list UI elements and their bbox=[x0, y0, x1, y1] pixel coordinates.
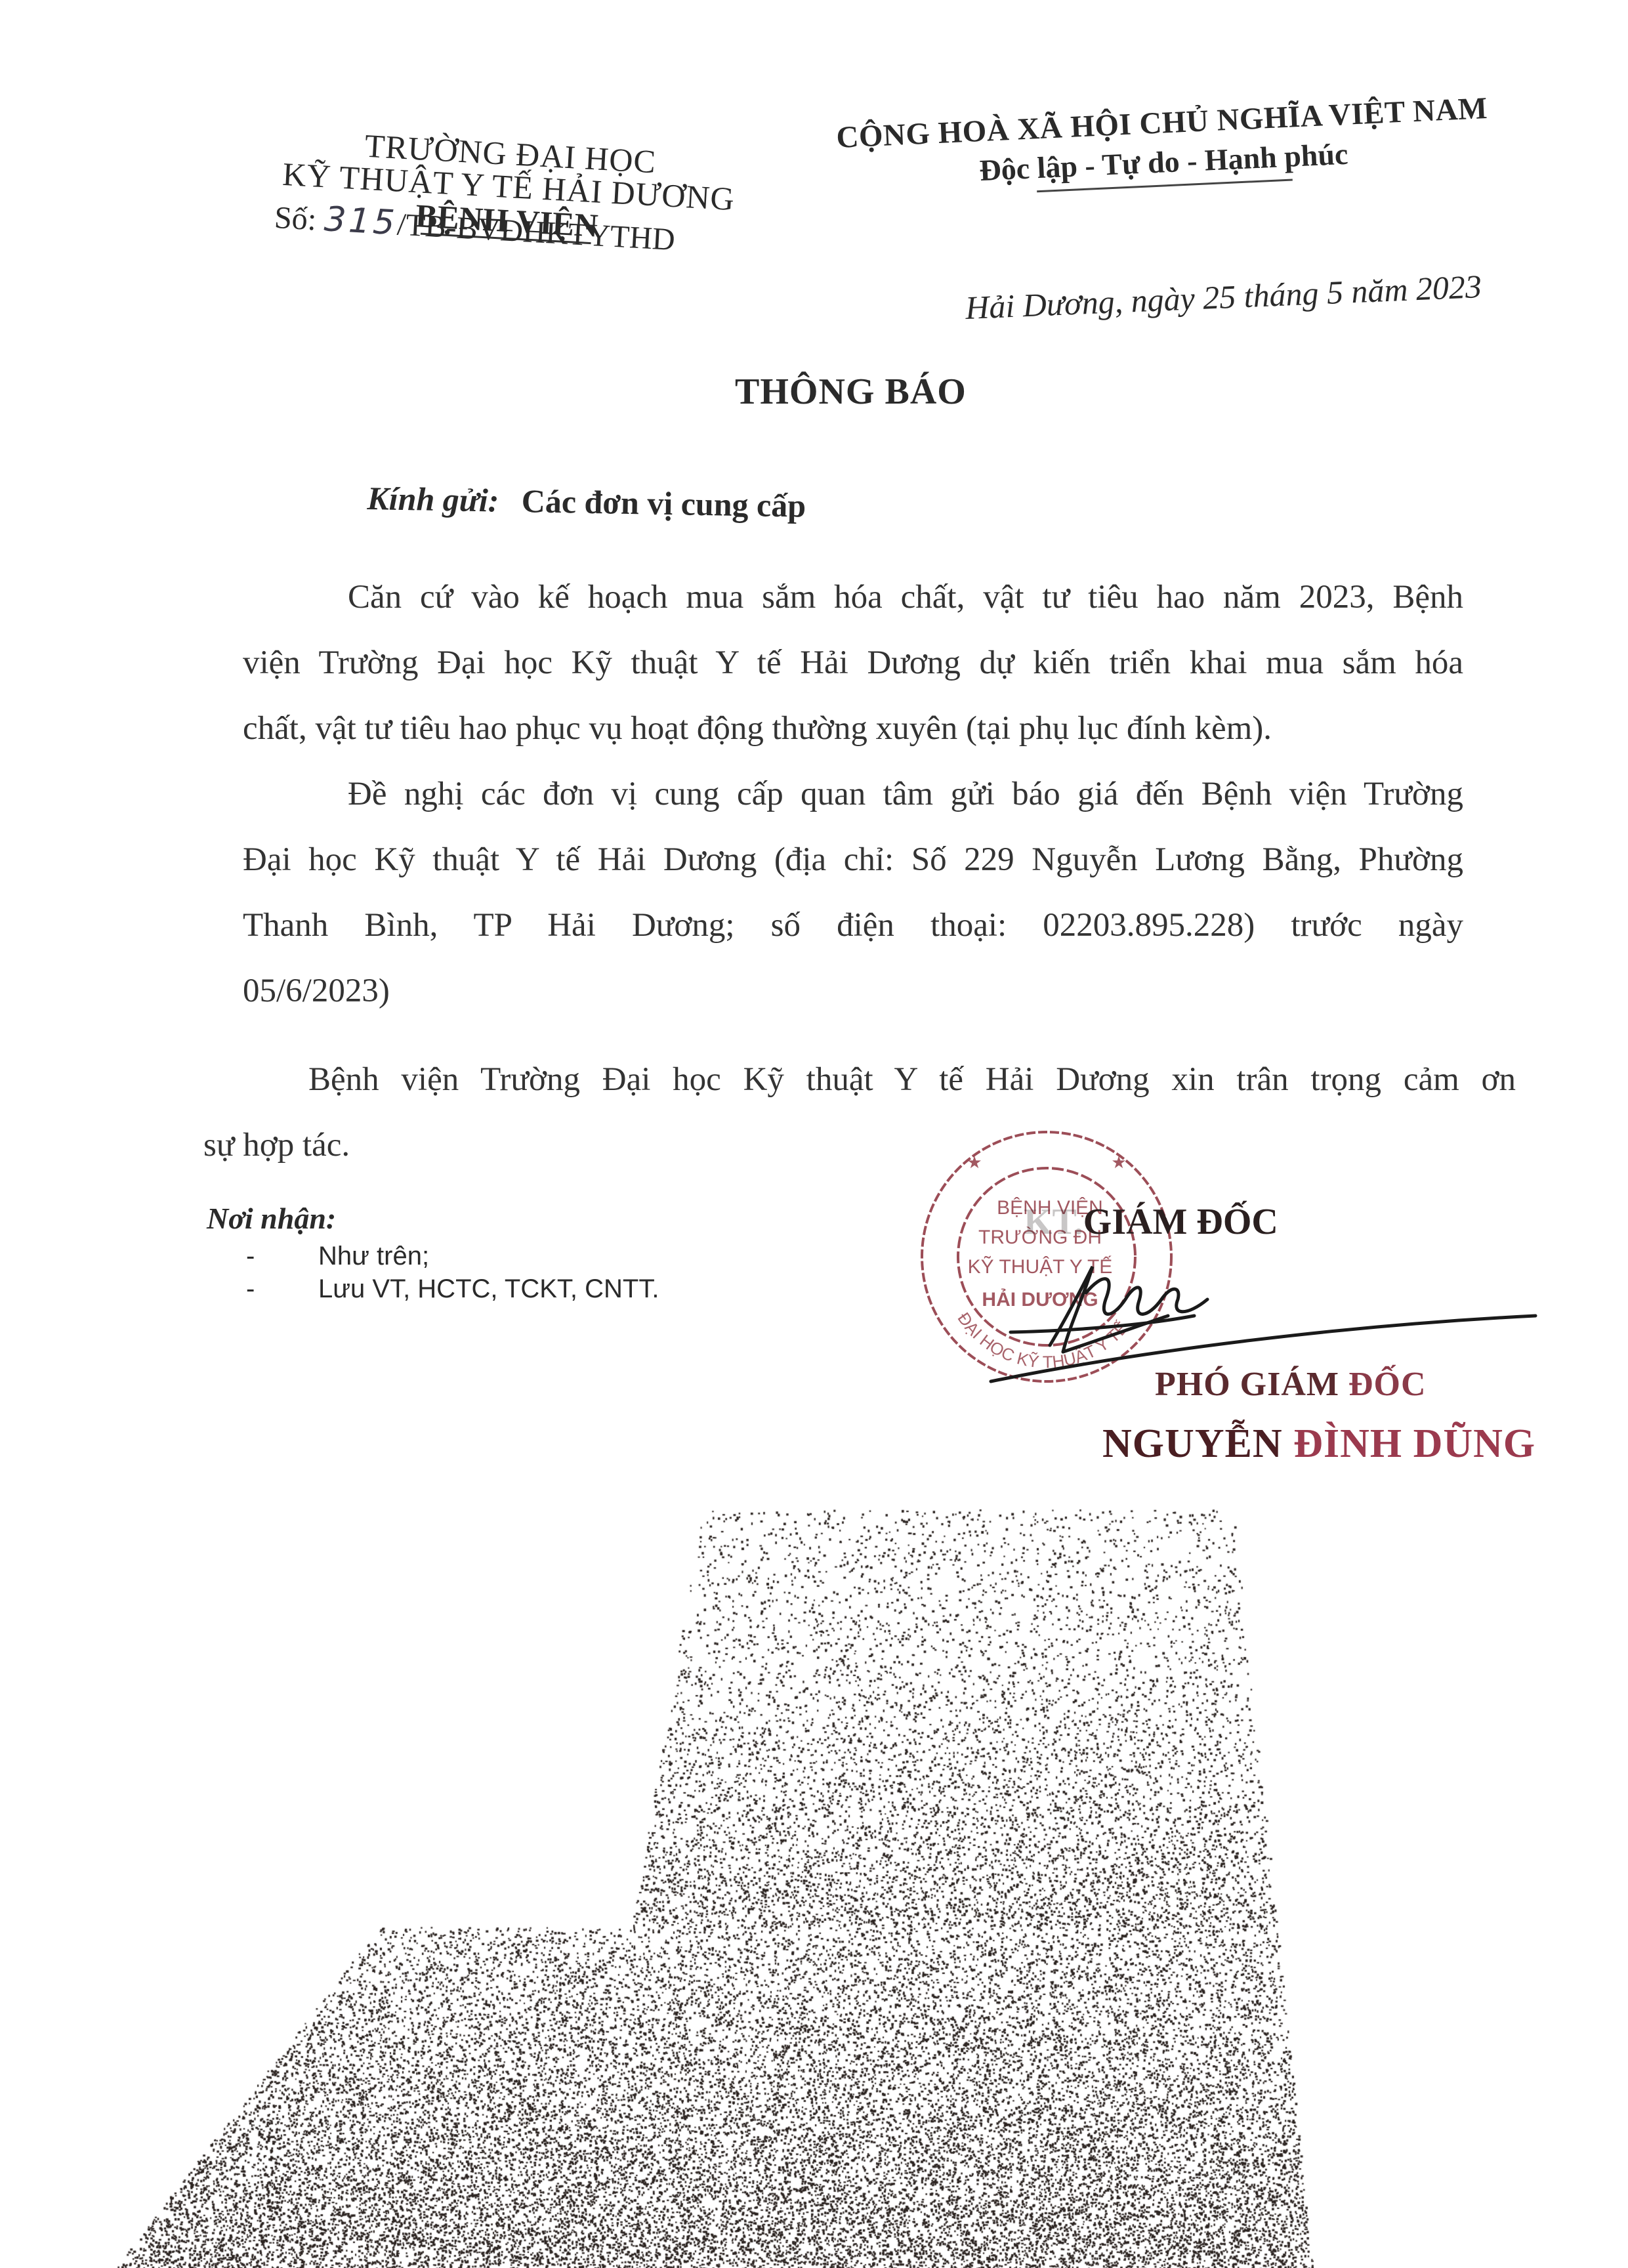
recipient-item: -Lưu VT, HCTC, TCKT, CNTT. bbox=[207, 1272, 659, 1305]
body-line: Đề nghị các đơn vị cung cấp quan tâm gửi… bbox=[243, 761, 1463, 827]
svg-text:★: ★ bbox=[967, 1152, 982, 1172]
body-line: chất, vật tư tiêu hao phục vụ hoạt động … bbox=[243, 696, 1463, 761]
body-line: Thanh Bình, TP Hải Dương; số điện thoại:… bbox=[243, 892, 1463, 958]
recipients-block: Nơi nhận: -Như trên; -Lưu VT, HCTC, TCKT… bbox=[207, 1201, 659, 1305]
svg-text:★: ★ bbox=[1111, 1152, 1126, 1172]
body-paragraph-1: Căn cứ vào kế hoạch mua sắm hóa chất, vậ… bbox=[243, 564, 1463, 761]
body-line: sự hợp tác. bbox=[203, 1112, 1516, 1178]
signer-role: PHÓ GIÁM ĐỐC bbox=[1155, 1365, 1427, 1404]
place-and-date: Hải Dương, ngày 25 tháng 5 năm 2023 bbox=[965, 267, 1482, 327]
salutation: Kính gửi: Các đơn vị cung cấp bbox=[367, 479, 806, 525]
signer-title: KT.GIÁM ĐỐC bbox=[1024, 1201, 1278, 1243]
document-title: THÔNG BÁO bbox=[735, 371, 967, 413]
body-line: Bệnh viện Trường Đại học Kỹ thuật Y tế H… bbox=[203, 1047, 1516, 1112]
recipients-label: Nơi nhận: bbox=[207, 1201, 659, 1236]
salutation-label: Kính gửi: bbox=[367, 480, 499, 518]
scan-speckle-artifact bbox=[0, 1509, 1628, 2268]
document-number-label: Số: bbox=[274, 200, 318, 237]
signer-prefix: KT. bbox=[1024, 1202, 1083, 1242]
body-line: 05/6/2023) bbox=[243, 958, 1463, 1024]
body-line: Căn cứ vào kế hoạch mua sắm hóa chất, vậ… bbox=[243, 564, 1463, 630]
national-header: CỘNG HOÀ XÃ HỘI CHỦ NGHĨA VIỆT NAM Độc l… bbox=[807, 89, 1519, 203]
recipient-item: -Như trên; bbox=[207, 1240, 659, 1272]
salutation-recipient: Các đơn vị cung cấp bbox=[521, 482, 806, 524]
body-line: viện Trường Đại học Kỹ thuật Y tế Hải Dư… bbox=[243, 630, 1463, 696]
body-line: Đại học Kỹ thuật Y tế Hải Dương (địa chỉ… bbox=[243, 827, 1463, 892]
body-paragraph-3: Bệnh viện Trường Đại học Kỹ thuật Y tế H… bbox=[203, 1047, 1516, 1178]
document-number-handwritten: 315 bbox=[324, 199, 398, 243]
signer-label-text: GIÁM ĐỐC bbox=[1083, 1202, 1278, 1242]
signer-name: NGUYỄN ĐÌNH DŨNG bbox=[1102, 1421, 1535, 1467]
body-paragraph-2: Đề nghị các đơn vị cung cấp quan tâm gửi… bbox=[243, 761, 1463, 1024]
